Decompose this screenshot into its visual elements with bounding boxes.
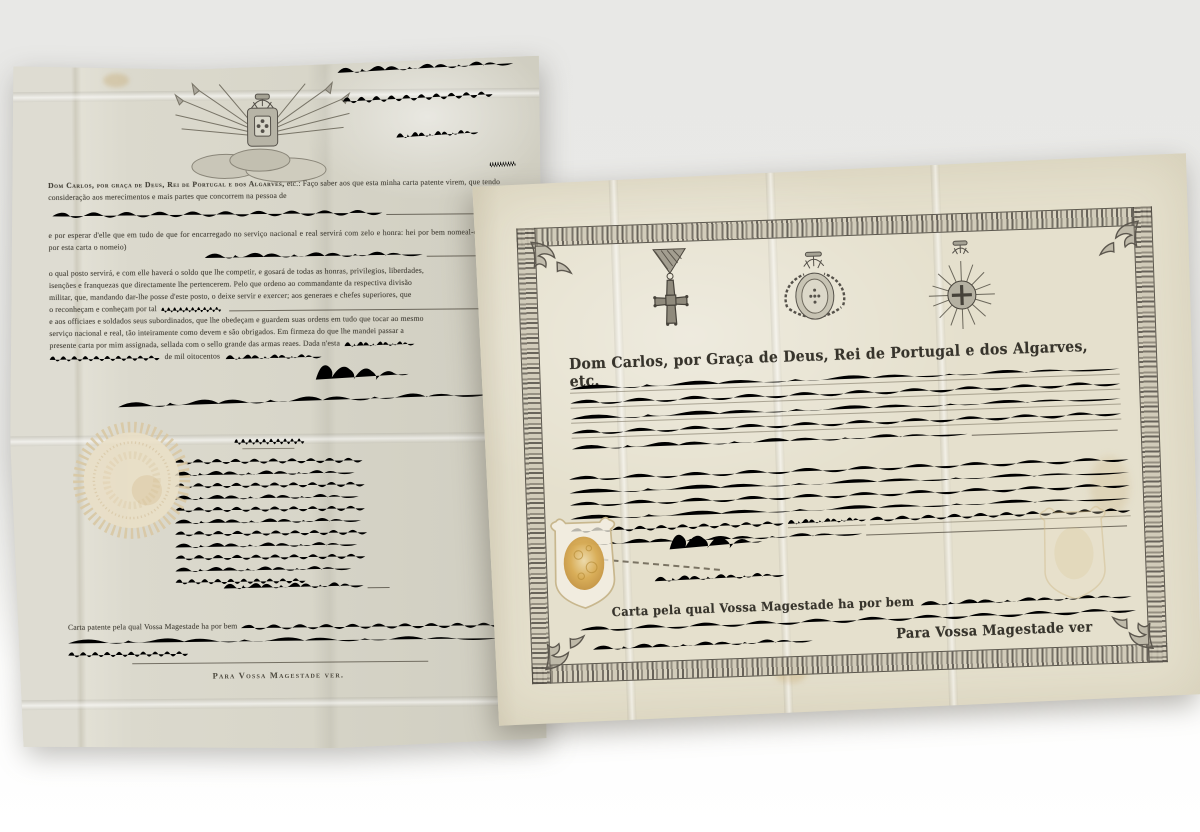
rule-dash	[229, 308, 497, 311]
registry-number-note	[234, 436, 304, 450]
pencil-annotations	[337, 56, 534, 176]
patent-body-paragraph: o qual posto servirá, e com elle haverá …	[49, 264, 502, 364]
closing-line: Carta patente pela qual Vossa Magestade …	[68, 620, 238, 633]
countersignature-line	[118, 388, 490, 411]
royal-signature	[306, 357, 418, 388]
border-corner-ornament	[1094, 219, 1142, 267]
handwritten-rank-line	[205, 248, 501, 262]
border-band-right	[1133, 206, 1168, 662]
royal-signature	[659, 524, 772, 558]
left-footer-text: Para Vossa Magestade ver.	[108, 669, 448, 682]
left-document-wrapper: Dom Carlos, por graça de Deus, Rei de Po…	[10, 58, 544, 750]
heading-royal-style: Dom Carlos, por graça de Deus, Rei de Po…	[48, 179, 285, 190]
border-corner-ornament	[529, 239, 577, 287]
closing-rule	[132, 661, 428, 665]
paper-stain	[103, 73, 129, 87]
countersignature	[654, 569, 784, 585]
left-document-carta-patente: Dom Carlos, por graça de Deus, Rei de Po…	[7, 56, 547, 753]
handwritten-registry-block	[174, 455, 371, 587]
patent-heading: Dom Carlos, por graça de Deus, Rei de Po…	[48, 176, 500, 204]
heading-rest: etc.: Faço saber aos que esta	[287, 178, 379, 188]
right-footer-text: Para Vossa Magestade ver	[896, 619, 1093, 642]
rule-dash	[368, 587, 390, 588]
right-document-diploma: Dom Carlos, por Graça de Deus, Rei de Po…	[468, 153, 1200, 728]
embossed-wafer-seal	[68, 417, 195, 544]
photo-of-two-antique-documents: Dom Carlos, por graça de Deus, Rei de Po…	[0, 0, 1200, 832]
clerk-signature	[224, 579, 394, 592]
border-band-left	[516, 228, 551, 684]
closing-line-with-fill: Carta patente pela qual Vossa Magestade …	[68, 618, 504, 634]
gilt-shield-seal	[544, 515, 623, 614]
order-cross-medal-icon	[647, 246, 694, 335]
handwritten-name-line	[52, 206, 500, 221]
mil-oitocentos-text: de mil oitocentos	[165, 350, 221, 362]
crowned-royal-arms-icon	[765, 249, 864, 338]
fold-crease	[13, 696, 547, 711]
body-line: o reconheçam e conheçam por tal	[49, 303, 157, 316]
clause-line1: e por esperar d'elle que em tudo de que …	[48, 228, 403, 240]
right-document-wrapper: Dom Carlos, por Graça de Deus, Rei de Po…	[476, 168, 1196, 718]
closing-block: Carta patente pela qual Vossa Magestade …	[68, 618, 504, 660]
order-star-badge-icon	[919, 238, 1004, 337]
